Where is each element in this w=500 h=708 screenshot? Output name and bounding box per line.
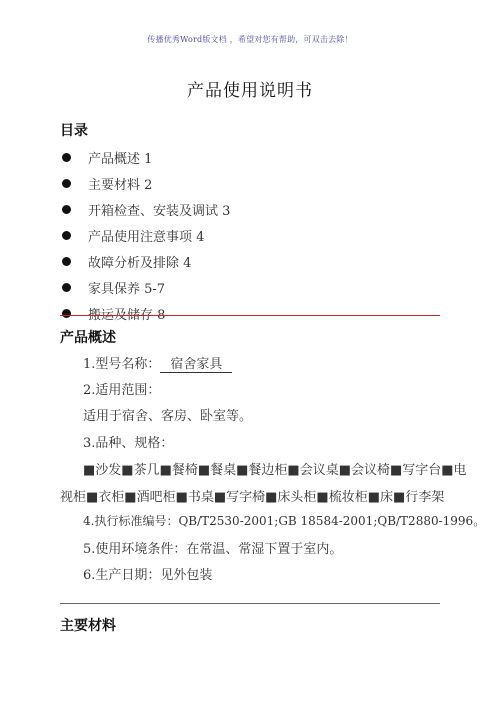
bullet-icon [62, 153, 71, 162]
environment-line: 5.使用环境条件：在常温、常湿下置于室内。 [83, 538, 342, 557]
toc-item-label: 产品概述 1 [88, 148, 152, 167]
scope-label: 2.适用范围： [83, 379, 160, 398]
model-name-label: 1.型号名称： [83, 357, 160, 372]
toc-item-label: 主要材料 2 [88, 174, 152, 193]
model-name-line: 1.型号名称：宿舍家具 [83, 353, 232, 373]
materials-heading: 主要材料 [60, 615, 116, 635]
bullet-icon [62, 205, 71, 214]
varieties-label: 3.品种、规格： [83, 432, 173, 451]
toc-item[interactable]: 产品概述 1 [60, 147, 152, 167]
section-divider-red [60, 315, 440, 316]
varieties-line-1: ■沙发■茶几■餐椅■餐桌■餐边柜■会议桌■会议椅■写字台■电 [83, 459, 467, 478]
production-date-line: 6.生产日期：见外包装 [83, 564, 212, 583]
header-note: 传播优秀Word版文档 ，希望对您有帮助，可双击去除！ [0, 34, 500, 45]
model-name-value: 宿舍家具 [160, 358, 232, 373]
bullet-icon [62, 257, 71, 266]
toc-item[interactable]: 产品使用注意事项 4 [60, 225, 204, 245]
standards-line: 4.执行标准编号：QB/T2530-2001;GB 18584-2001;QB/… [83, 512, 485, 529]
toc-item[interactable]: 家具保养 5-7 [60, 277, 165, 297]
toc-heading: 目录 [60, 120, 88, 140]
toc-item[interactable]: 开箱检查、安装及调试 3 [60, 199, 230, 219]
overview-heading: 产品概述 [60, 327, 116, 347]
toc-item-label: 开箱检查、安装及调试 3 [88, 200, 230, 219]
toc-item[interactable]: 主要材料 2 [60, 173, 152, 193]
toc-item-label: 家具保养 5-7 [88, 278, 165, 297]
varieties-line-2: 视柜■衣柜■酒吧柜■书桌■写字椅■床头柜■梳妆柜■床■行李架 [60, 486, 444, 505]
scope-text: 适用于宿舍、客房、卧室等。 [83, 405, 252, 424]
bullet-icon [62, 283, 71, 292]
toc-item[interactable]: 搬运及储存 8 [60, 303, 165, 323]
bullet-icon [62, 179, 71, 188]
toc-item-label: 搬运及储存 8 [88, 304, 165, 323]
toc-item[interactable]: 故障分析及排除 4 [60, 251, 191, 271]
bullet-icon [62, 231, 71, 240]
section-divider-gray [60, 603, 440, 604]
toc-item-label: 故障分析及排除 4 [88, 252, 191, 271]
document-title: 产品使用说明书 [0, 76, 500, 101]
bullet-icon [62, 309, 71, 318]
toc-item-label: 产品使用注意事项 4 [88, 226, 204, 245]
